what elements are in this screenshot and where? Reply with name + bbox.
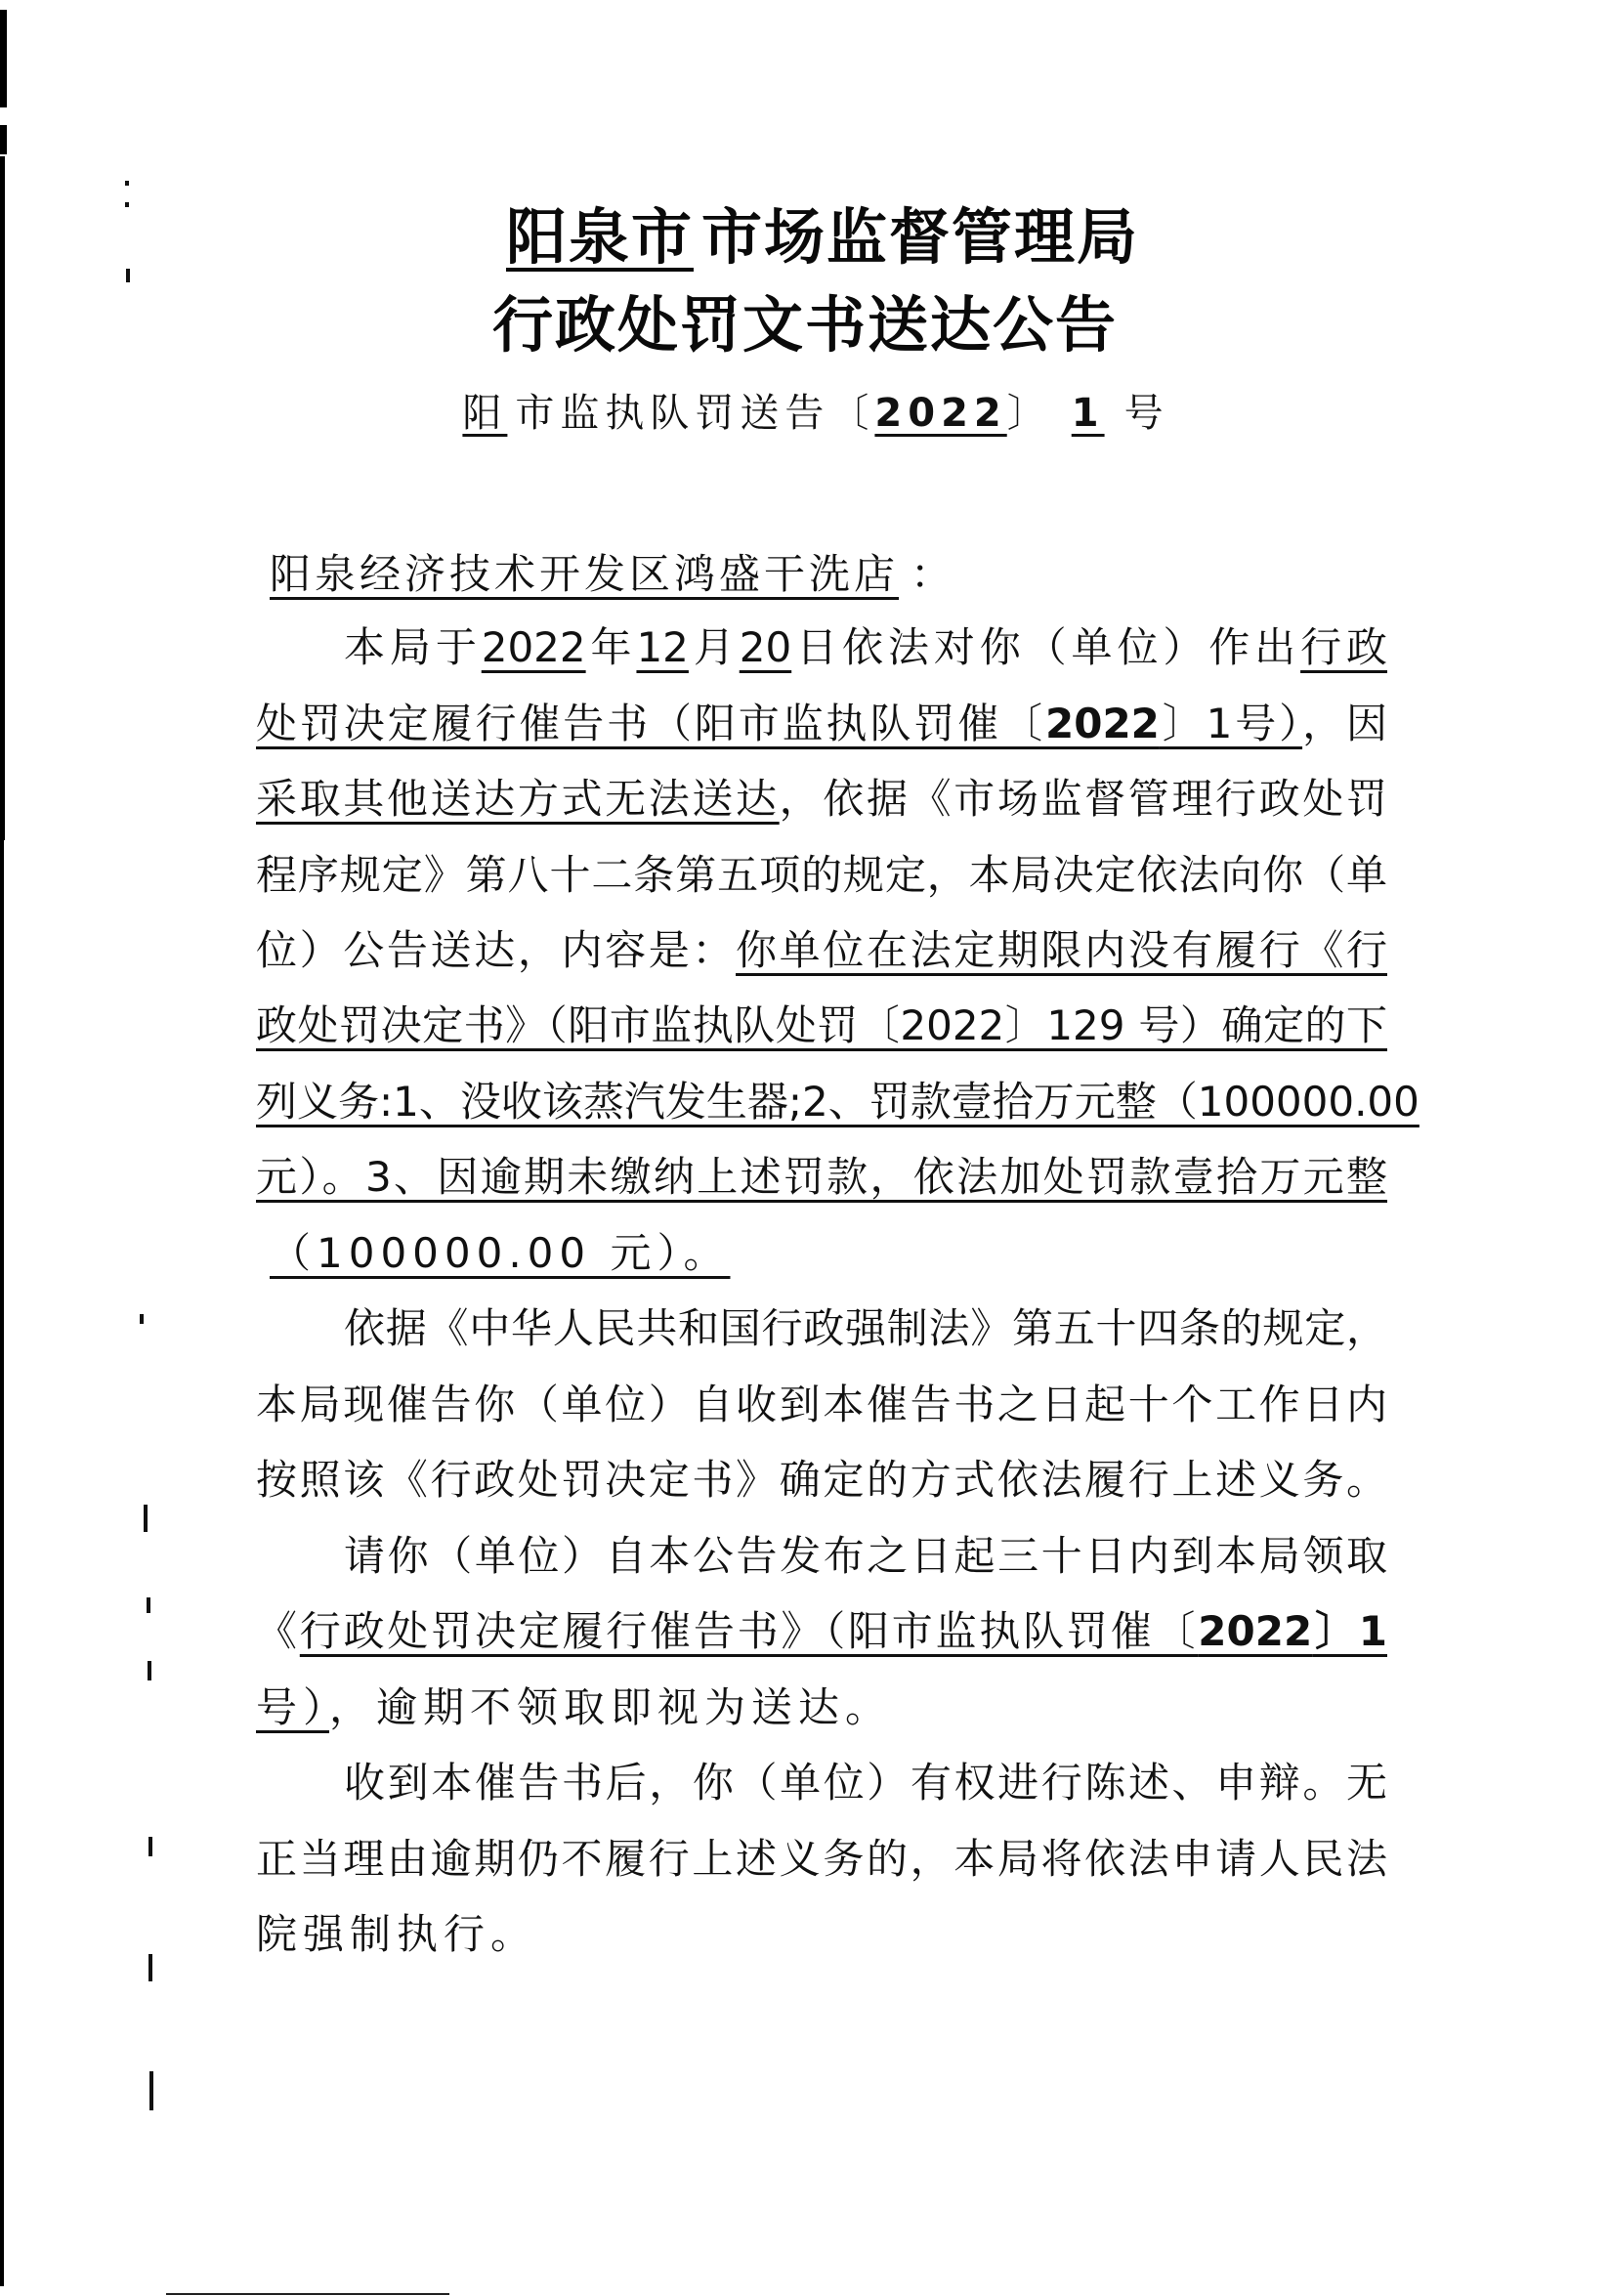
addressee-colon: ： — [911, 550, 957, 598]
document-reference: 〕1 — [1312, 1607, 1387, 1655]
decision-year: 2022 — [482, 623, 586, 671]
text: 日依法对你（单位）作出 — [791, 623, 1300, 671]
body-line: 依据《中华人民共和国行政强制法》第五十四条的规定， — [344, 1301, 1387, 1356]
footer-rule — [166, 2293, 449, 2295]
body-line: 位）公告送达，内容是：你单位在法定期限内没有履行《行 — [256, 923, 1387, 978]
text: ，逾期不领取即视为送达。 — [329, 1683, 892, 1731]
document-reference: 行政处罚决定履行催告书》（阳市监执队罚催〔 — [300, 1607, 1198, 1655]
addressee-line: 阳泉经济技术开发区鸿盛干洗店： — [256, 547, 1387, 602]
doc-number-prefix: 阳 — [441, 391, 515, 436]
notice-title: 行政处罚文书送达公告 — [492, 289, 1118, 361]
body-line: 正当理由逾期仍不履行上述义务的，本局将依法申请人民法 — [256, 1832, 1387, 1887]
text: 正当理由逾期仍不履行上述义务的，本局将依法申请人民法 — [256, 1835, 1387, 1883]
doc-number-year: 2022 — [874, 391, 1006, 436]
body-line: 按照该《行政处罚决定书》确定的方式依法履行上述义务。 — [256, 1453, 1387, 1508]
notice-content: 政处罚决定书》（阳市监执队处罚〔2022〕129 号）确定的下 — [256, 1001, 1387, 1049]
doc-number-value: 1 — [1052, 391, 1124, 436]
doc-number-middle: 市监执队罚送告〔 — [515, 391, 874, 436]
text: ，因 — [1302, 700, 1387, 747]
body-line: 政处罚决定书》（阳市监执队处罚〔2022〕129 号）确定的下 — [256, 999, 1387, 1053]
decision-month: 12 — [636, 623, 688, 671]
scan-mark — [126, 269, 130, 282]
scan-mark — [140, 1314, 144, 1324]
text: 《 — [256, 1607, 300, 1655]
body-line: 元）。3、因逾期未缴纳上述罚款，依法加处罚款壹拾万元整 — [256, 1150, 1387, 1205]
text: 月 — [689, 623, 740, 671]
document-number: 〕1号） — [1160, 700, 1302, 747]
document-number: 阳市监执队罚送告〔2022〕1号 — [0, 394, 1610, 433]
text: 请你（单位）自本公告发布之日起三十日内到本局领取 — [344, 1532, 1387, 1580]
text: 位）公告送达，内容是： — [256, 926, 736, 974]
scan-mark — [125, 181, 129, 186]
body-line: 处罚决定履行催告书（阳市监执队罚催〔2022〕1号），因 — [256, 697, 1387, 751]
scan-mark — [147, 1597, 150, 1613]
body-line: 列义务:1、没收该蒸汽发生器;2、罚款壹拾万元整（100000.00 — [256, 1075, 1387, 1129]
scanned-document-page: 阳泉市市场监督管理局 行政处罚文书送达公告 阳市监执队罚送告〔2022〕1号 阳… — [0, 0, 1610, 2296]
addressee-name: 阳泉经济技术开发区鸿盛干洗店 — [256, 550, 911, 598]
body-line: 号），逾期不领取即视为送达。 — [256, 1680, 1387, 1735]
text: 收到本催告书后，你（单位）有权进行陈述、申辩。无 — [344, 1759, 1387, 1807]
text: 依据《中华人民共和国行政强制法》第五十四条的规定， — [344, 1304, 1387, 1352]
body-line: 院强制执行。 — [256, 1907, 1387, 1962]
document-type: 行政 — [1300, 623, 1387, 671]
notice-content: 列义务:1、没收该蒸汽发生器;2、罚款壹拾万元整（100000.00 — [256, 1078, 1419, 1126]
text: 按照该《行政处罚决定书》确定的方式依法履行上述义务。 — [256, 1456, 1387, 1504]
scan-mark — [148, 1837, 152, 1856]
issuing-city: 阳泉市 — [471, 201, 701, 273]
body-line: 本局现催告你（单位）自收到本催告书之日起十个工作日内 — [256, 1378, 1387, 1432]
doc-number-bracket: 〕 — [1007, 391, 1052, 436]
page-title-line-1: 阳泉市市场监督管理局 — [0, 207, 1610, 268]
delivery-reason: 采取其他送达方式无法送达 — [256, 775, 780, 823]
scan-mark — [144, 1505, 148, 1532]
scan-mark — [148, 1661, 151, 1680]
body-line: 采取其他送达方式无法送达，依据《市场监督管理行政处罚 — [256, 772, 1387, 827]
body-line: 本局于2022年12月20日依法对你（单位）作出行政 — [344, 620, 1387, 675]
decision-day: 20 — [740, 623, 791, 671]
text: 院强制执行。 — [256, 1910, 537, 1958]
scan-edge — [0, 840, 4, 2286]
doc-number-suffix: 号 — [1124, 391, 1169, 436]
notice-content: （100000.00 元）。 — [256, 1229, 730, 1277]
notice-content: 元）。3、因逾期未缴纳上述罚款，依法加处罚款壹拾万元整 — [256, 1153, 1387, 1201]
document-year: 2022 — [1045, 700, 1160, 747]
notice-content: 你单位在法定期限内没有履行《行 — [736, 926, 1387, 974]
body-line: 程序规定》第八十二条第五项的规定，本局决定依法向你（单 — [256, 848, 1387, 903]
text: 程序规定》第八十二条第五项的规定，本局决定依法向你（单 — [256, 851, 1387, 899]
body-line: 《行政处罚决定履行催告书》（阳市监执队罚催〔2022〕1 — [256, 1604, 1387, 1659]
text: 年 — [586, 623, 637, 671]
body-line: 请你（单位）自本公告发布之日起三十日内到本局领取 — [344, 1529, 1387, 1584]
body-line: （100000.00 元）。 — [256, 1226, 1387, 1281]
document-reference: 号） — [256, 1683, 329, 1731]
page-title-line-2: 行政处罚文书送达公告 — [0, 295, 1610, 356]
text: 本局于 — [344, 623, 482, 671]
document-type: 处罚决定履行催告书（阳市监执队罚催〔 — [256, 700, 1045, 747]
issuing-agency: 市场监督管理局 — [701, 201, 1139, 273]
text: 本局现催告你（单位）自收到本催告书之日起十个工作日内 — [256, 1381, 1387, 1428]
scan-mark — [148, 1954, 152, 1981]
document-year: 2022 — [1198, 1607, 1312, 1655]
scan-edge — [0, 125, 7, 154]
scan-edge — [0, 10, 7, 107]
text: ，依据《市场监督管理行政处罚 — [780, 775, 1387, 823]
body-line: 收到本催告书后，你（单位）有权进行陈述、申辩。无 — [344, 1756, 1387, 1810]
scan-mark — [149, 2071, 153, 2110]
